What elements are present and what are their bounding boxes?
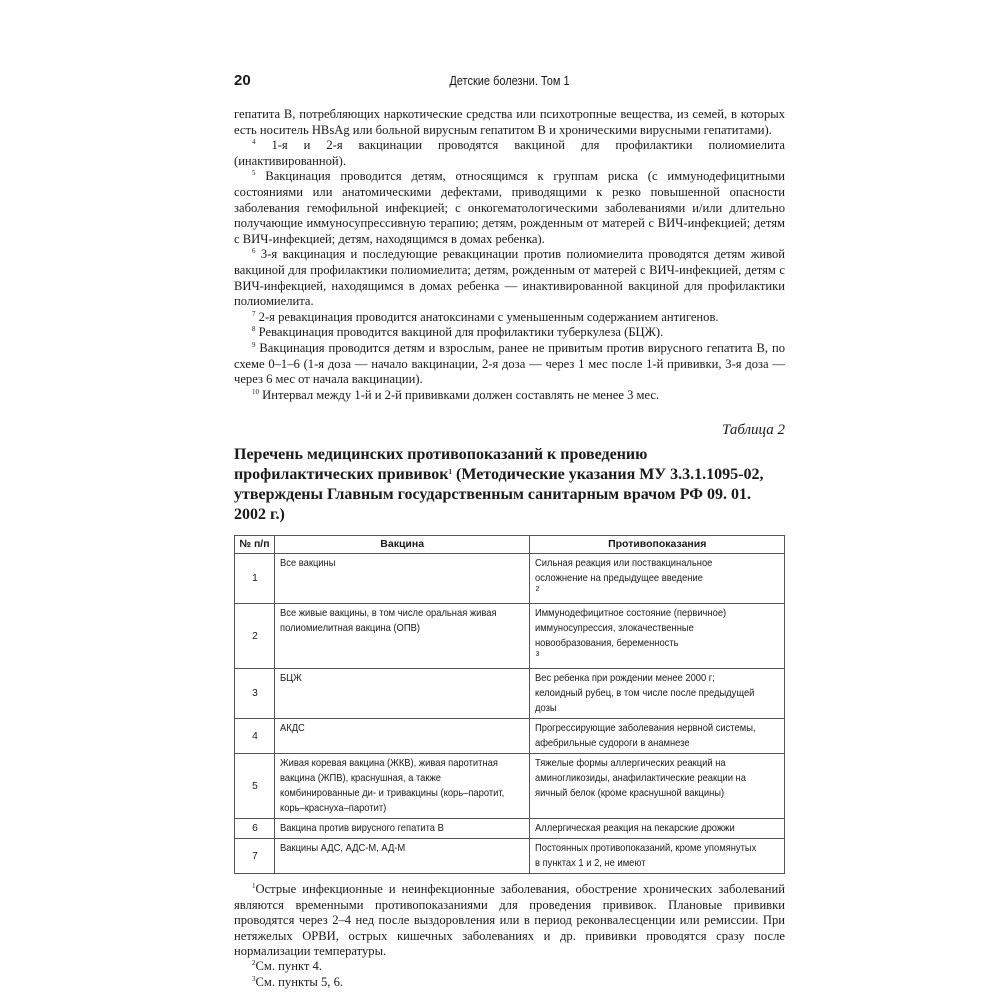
contraindication-cell: Аллергическая реакция на пекарские дрожж… [530,819,785,839]
vaccine-name: Все живые вакцины, в том числе оральная … [280,606,506,636]
column-header-vaccine: Вакцина [274,536,530,554]
column-header-number: № п/п [235,536,275,554]
footnote: 6 3-я вакцинация и последующие ревакцина… [234,247,785,309]
vaccine-name: Вакцина против вирусного гепатита В [280,821,444,836]
table-note-text: Острые инфекционные и неинфекционные заб… [234,882,785,958]
footnote-mark: 7 [252,310,256,318]
book-page: 20 Детские болезни. Том 1 гепатита В, по… [234,70,785,990]
vaccine-cell: АКДС [274,719,530,754]
footnote: 10 Интервал между 1-й и 2-й прививками д… [234,388,785,404]
vaccine-cell: Все вакцины [274,554,530,604]
footnote-text: Вакцинация проводится детям и взрослым, … [234,341,785,386]
table-row: 5Живая коревая вакцина (ЖКВ), живая паро… [235,754,785,819]
contraindication-text: Прогрессирующие заболевания нервной сист… [535,721,760,751]
vaccine-cell: БЦЖ [274,669,530,719]
running-head: 20 Детские болезни. Том 1 [234,70,785,94]
column-header-contraindications: Противопоказания [530,536,785,554]
vaccine-cell: Живая коревая вакцина (ЖКВ), живая парот… [274,754,530,819]
footnote-text: 3-я вакцинация и последующие ревакцинаци… [234,247,785,308]
footnote-text: 2-я ревакцинация проводится анатоксинами… [259,310,719,324]
table-note: 3См. пункты 5, 6. [234,975,785,990]
vaccine-name: БЦЖ [280,671,302,686]
contraindications-table: № п/п Вакцина Противопоказания 1Все вакц… [234,535,785,874]
table-note-text: См. пункты 5, 6. [256,975,344,989]
footnote-mark: 5 [252,169,256,177]
row-number: 3 [235,669,275,719]
footnote-mark: 2 [535,586,539,593]
row-number: 4 [235,719,275,754]
table-header-row: № п/п Вакцина Противопоказания [235,536,785,554]
vaccine-cell: Все живые вакцины, в том числе оральная … [274,604,530,669]
table-row: 1Все вакциныСильная реакция или поствакц… [235,554,785,604]
table-row: 3БЦЖВес ребенка при рождении менее 2000 … [235,669,785,719]
table-note: 1Острые инфекционные и неинфекционные за… [234,882,785,959]
vaccine-name: Живая коревая вакцина (ЖКВ), живая парот… [280,756,506,816]
vaccine-name: АКДС [280,721,305,736]
footnote-mark: 4 [252,138,256,146]
footnote-mark: 10 [252,388,259,396]
footnote-mark: 6 [252,247,256,255]
footnote-text: 1-я и 2-я вакцинации проводятся вакциной… [234,138,785,168]
vaccine-name: Вакцины АДС, АДС-М, АД-М [280,841,405,856]
table-label: Таблица 2 [234,422,785,439]
table-title: Перечень медицинских противопоказаний к … [234,445,785,525]
continuation-paragraph: гепатита В, потребляющих наркотические с… [234,107,785,138]
contraindication-cell: Вес ребенка при рождении менее 2000 г; к… [530,669,785,719]
row-number: 6 [235,819,275,839]
table-notes: 1Острые инфекционные и неинфекционные за… [234,882,785,990]
table-row: 4АКДСПрогрессирующие заболевания нервной… [235,719,785,754]
vaccine-name: Все вакцины [280,556,335,571]
table-body: 1Все вакциныСильная реакция или поствакц… [235,554,785,874]
footnote-text: Вакцинация проводится детям, относящимся… [234,169,785,245]
contraindication-text: Тяжелые формы аллергических реакций на а… [535,756,760,801]
footnote-mark: 8 [252,325,256,333]
page-number: 20 [234,72,251,89]
footnote: 9 Вакцинация проводится детям и взрослым… [234,341,785,388]
footnote-mark: 3 [535,651,539,658]
footnote-text: Интервал между 1-й и 2-й прививками долж… [262,388,659,402]
footnote-list: 4 1-я и 2-я вакцинации проводятся вакцин… [234,138,785,403]
contraindication-cell: Тяжелые формы аллергических реакций на а… [530,754,785,819]
contraindication-text: Аллергическая реакция на пекарские дрожж… [535,821,735,836]
contraindication-text: Вес ребенка при рождении менее 2000 г; к… [535,671,760,716]
table-row: 2Все живые вакцины, в том числе оральная… [235,604,785,669]
footnote-text: Ревакцинация проводится вакциной для про… [259,325,664,339]
vaccine-cell: Вакцина против вирусного гепатита В [274,819,530,839]
table-row: 6Вакцина против вирусного гепатита ВАлле… [235,819,785,839]
contraindication-text: Постоянных противопоказаний, кроме упомя… [535,841,760,871]
table-note-text: См. пункт 4. [256,959,323,973]
contraindication-cell: Постоянных противопоказаний, кроме упомя… [530,839,785,874]
footnote-mark: 9 [252,341,256,349]
contraindication-text: Сильная реакция или поствакцинальное осл… [535,556,760,586]
row-number: 5 [235,754,275,819]
vaccine-cell: Вакцины АДС, АДС-М, АД-М [274,839,530,874]
book-title: Детские болезни. Том 1 [267,74,752,88]
row-number: 7 [235,839,275,874]
table-row: 7Вакцины АДС, АДС-М, АД-МПостоянных прот… [235,839,785,874]
contraindication-cell: Сильная реакция или поствакцинальное осл… [530,554,785,604]
footnote: 7 2-я ревакцинация проводится анатоксина… [234,310,785,326]
table-note: 2См. пункт 4. [234,959,785,974]
footnote: 5 Вакцинация проводится детям, относящим… [234,169,785,247]
contraindication-cell: Иммунодефицитное состояние (первичное) и… [530,604,785,669]
contraindication-cell: Прогрессирующие заболевания нервной сист… [530,719,785,754]
footnote: 4 1-я и 2-я вакцинации проводятся вакцин… [234,138,785,169]
row-number: 2 [235,604,275,669]
row-number: 1 [235,554,275,604]
footnote: 8 Ревакцинация проводится вакциной для п… [234,325,785,341]
contraindication-text: Иммунодефицитное состояние (первичное) и… [535,606,760,651]
body-text: гепатита В, потребляющих наркотические с… [234,107,785,403]
